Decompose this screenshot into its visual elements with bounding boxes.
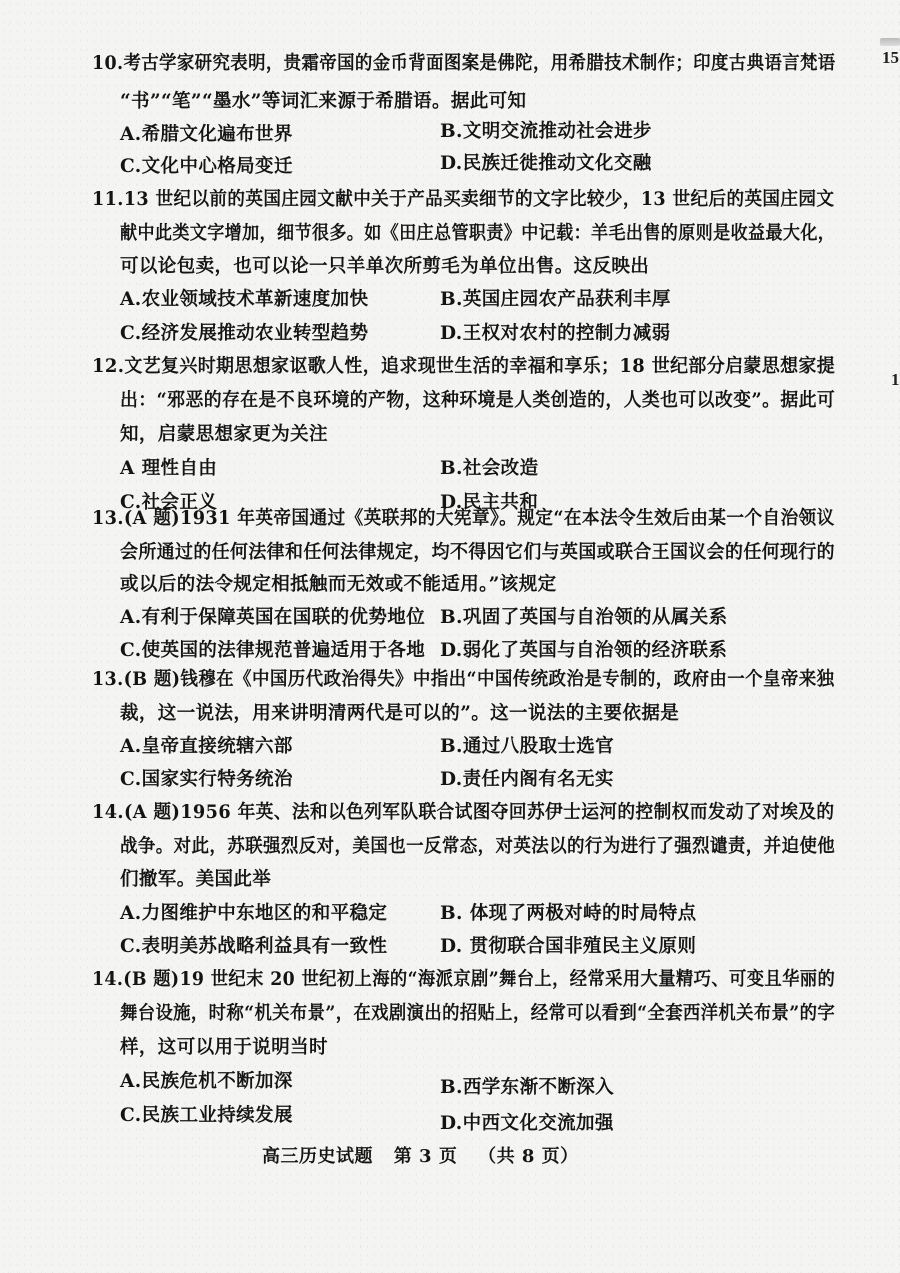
question-stem-cont: 或以后的法令规定相抵触而无效或不能适用。”该规定 — [120, 573, 557, 597]
question-stem: 13.(B 题)钱穆在《中国历代政治得失》中指出“中国传统政治是专制的，政府由一… — [92, 668, 835, 692]
question-stem: 14.(B 题)19 世纪末 20 世纪初上海的“海派京剧”舞台上，经常采用大量… — [92, 968, 835, 992]
question-stem-cont: 会所通过的任何法律和任何法律规定，均不得因它们与英国或联合王国议会的任何现行的 — [120, 541, 835, 565]
option-a: A.皇帝直接统辖六部 — [120, 735, 293, 759]
question-stem-cont: 可以论包卖，也可以论一只羊单次所剪毛为单位出售。这反映出 — [120, 255, 649, 279]
footer-total-pages: （共 8 页） — [478, 1146, 579, 1167]
option-c: C.表明美苏战略利益具有一致性 — [120, 935, 387, 959]
question-stem-cont: 样，这可以用于说明当时 — [120, 1036, 328, 1060]
question-stem-cont: 出：“邪恶的存在是不良环境的产物，这种环境是人类创造的，人类也可以改变”。据此可 — [120, 389, 835, 413]
page-footer: 高三历史试题 第 3 页 （共 8 页） — [262, 1142, 593, 1168]
option-b: B. 体现了两极对峙的时局特点 — [440, 902, 697, 926]
option-d: D.责任内阁有名无实 — [440, 768, 614, 792]
margin-mark-right: 1 — [891, 370, 900, 390]
exam-page: 15 1 10.考古学家研究表明，贵霜帝国的金币背面图案是佛陀，用希腊技术制作；… — [0, 0, 900, 1273]
option-a: A.农业领域技术革新速度加快 — [120, 288, 368, 312]
option-a: A.希腊文化遍布世界 — [120, 123, 293, 147]
option-d: D.弱化了英国与自治领的经济联系 — [440, 639, 727, 663]
question-stem-cont: 献中此类文字增加，细节很多。如《田庄总管职责》中记载：羊毛出售的原则是收益最大化… — [120, 222, 835, 246]
question-stem-cont: 战争。对此，苏联强烈反对，美国也一反常态，对英法以的行为进行了强烈谴责，并迫使他 — [120, 835, 835, 859]
question-stem: 12.文艺复兴时期思想家讴歌人性，追求现世生活的幸福和享乐；18 世纪部分启蒙思… — [92, 355, 835, 379]
option-c: C.使英国的法律规范普遍适用于各地 — [120, 639, 425, 663]
question-stem: 13.(A 题)1931 年英帝国通过《英联邦的大宪章》。规定“在本法令生效后由… — [92, 507, 835, 531]
margin-number-top: 15 — [882, 48, 899, 68]
option-d: D.王权对农村的控制力减弱 — [440, 322, 671, 346]
question-stem-cont: “书”“笔”“墨水”等词汇来源于希腊语。据此可知 — [120, 90, 526, 114]
option-b: B.巩固了英国与自治领的从属关系 — [440, 606, 727, 630]
option-c: C.经济发展推动农业转型趋势 — [120, 322, 368, 346]
question-stem-cont: 舞台设施，时称“机关布景”，在戏剧演出的招贴上，经常可以看到“全套西洋机关布景”… — [120, 1002, 835, 1026]
option-a: A.力图维护中东地区的和平稳定 — [120, 902, 387, 926]
question-stem-cont: 知，启蒙思想家更为关注 — [120, 423, 328, 447]
option-c: C.国家实行特务统治 — [120, 768, 293, 792]
option-c: C.文化中心格局变迁 — [120, 155, 293, 179]
option-d: D. 贯彻联合国非殖民主义原则 — [440, 935, 696, 959]
option-b: B.社会改造 — [440, 457, 538, 481]
option-a: A 理性自由 — [120, 457, 217, 481]
option-b: B.文明交流推动社会进步 — [440, 120, 652, 144]
footer-subject: 高三历史试题 — [262, 1146, 373, 1167]
question-stem-cont: 们撤军。美国此举 — [120, 868, 271, 892]
option-b: B.英国庄园农产品获利丰厚 — [440, 288, 671, 312]
option-d: D.中西文化交流加强 — [440, 1112, 614, 1136]
question-stem: 11.13 世纪以前的英国庄园文献中关于产品买卖细节的文字比较少，13 世纪后的… — [92, 188, 834, 212]
question-stem: 14.(A 题)1956 年英、法和以色列军队联合试图夺回苏伊士运河的控制权而发… — [92, 801, 834, 825]
option-d: D.民族迁徙推动文化交融 — [440, 152, 652, 176]
option-b: B.西学东渐不断深入 — [440, 1076, 614, 1100]
footer-page-number: 第 3 页 — [394, 1146, 458, 1167]
option-a: A.有利于保障英国在国联的优势地位 — [120, 606, 425, 630]
option-b: B.通过八股取士选官 — [440, 735, 614, 759]
question-stem-cont: 裁，这一说法，用来讲明清两代是可以的”。这一说法的主要依据是 — [120, 702, 679, 726]
scan-smudge — [880, 38, 900, 46]
option-a: A.民族危机不断加深 — [120, 1070, 293, 1094]
question-stem: 10.考古学家研究表明，贵霜帝国的金币背面图案是佛陀，用希腊技术制作；印度古典语… — [92, 52, 836, 76]
option-c: C.民族工业持续发展 — [120, 1104, 293, 1128]
